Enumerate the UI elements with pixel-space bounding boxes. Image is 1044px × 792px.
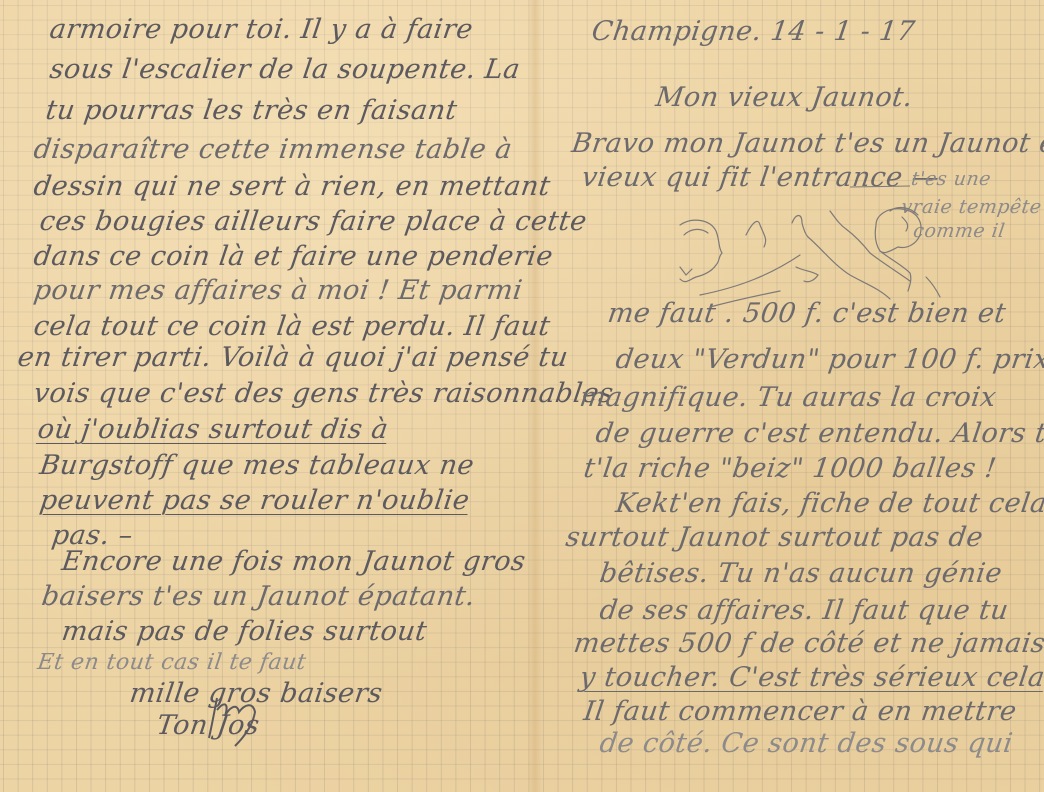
right-page: Champigne. 14 - 1 - 17 Mon vieux Jaunot.… xyxy=(542,0,1044,792)
handwritten-line: vieux qui fit l'entrance — xyxy=(580,164,941,191)
signature-mark xyxy=(195,690,285,750)
side-note-line: t'es une xyxy=(910,170,992,189)
handwritten-line: Bravo mon Jaunot t'es un Jaunot épatant xyxy=(570,130,1044,157)
handwritten-line: pour mes affaires à moi ! Et parmi xyxy=(32,277,524,304)
handwritten-line: Burgstoff que mes tableaux ne xyxy=(38,452,476,479)
handwritten-line: pas. – xyxy=(50,522,135,549)
handwritten-line: Kekt'en fais, fiche de tout cela xyxy=(614,490,1044,517)
handwritten-line: y toucher. C'est très sérieux cela xyxy=(578,664,1044,691)
salutation: Mon vieux Jaunot. xyxy=(654,84,915,111)
handwritten-line: disparaître cette immense table à xyxy=(32,136,514,163)
pencil-sketch xyxy=(640,195,960,315)
handwritten-line: où j'oublias surtout dis à xyxy=(36,416,390,443)
handwritten-line: de ses affaires. Il faut que tu xyxy=(598,597,1010,624)
left-page: armoire pour toi. Il y a à faire sous l'… xyxy=(0,0,528,792)
handwritten-line: en tirer parti. Voilà à quoi j'ai pensé … xyxy=(16,344,570,371)
handwritten-line: sous l'escalier de la soupente. La xyxy=(48,56,522,83)
handwritten-line: deux "Verdun" pour 100 f. prix c'est xyxy=(614,346,1044,373)
handwritten-line: peuvent pas se rouler n'oublie xyxy=(38,487,471,514)
handwritten-line: Et en tout cas il te faut xyxy=(36,652,308,674)
handwritten-line: bêtises. Tu n'as aucun génie xyxy=(598,560,1004,587)
handwritten-line: mais pas de folies surtout xyxy=(60,618,429,645)
handwritten-line: Il faut commencer à en mettre xyxy=(582,698,1018,725)
handwritten-line: magnifique. Tu auras la croix xyxy=(578,384,998,411)
handwritten-line: dessin qui ne sert à rien, en mettant xyxy=(32,173,552,200)
handwritten-line: de côté. Ce sont des sous qui xyxy=(598,730,1015,757)
handwritten-line: cela tout ce coin là est perdu. Il faut xyxy=(32,313,552,340)
sketch-figures-icon xyxy=(640,195,960,315)
handwritten-line: baisers t'es un Jaunot épatant. xyxy=(40,583,477,610)
place-date: Champigne. 14 - 1 - 17 xyxy=(590,18,917,45)
handwritten-line: de guerre c'est entendu. Alors toi xyxy=(594,420,1044,447)
handwritten-line: vois que c'est des gens très raisonnable… xyxy=(32,380,615,407)
handwritten-line: tu pourras les très en faisant xyxy=(44,97,459,124)
handwritten-line: dans ce coin là et faire une penderie xyxy=(32,243,555,270)
signature-icon xyxy=(195,690,285,750)
handwritten-line: Encore une fois mon Jaunot gros xyxy=(60,548,527,575)
handwritten-line: armoire pour toi. Il y a à faire xyxy=(48,16,475,43)
handwritten-line: surtout Jaunot surtout pas de xyxy=(564,524,985,551)
handwritten-line: t'la riche "beiz" 1000 balles ! xyxy=(582,455,998,482)
handwritten-line: ces bougies ailleurs faire place à cette xyxy=(38,208,589,235)
handwritten-line: mettes 500 f de côté et ne jamais xyxy=(572,630,1044,657)
